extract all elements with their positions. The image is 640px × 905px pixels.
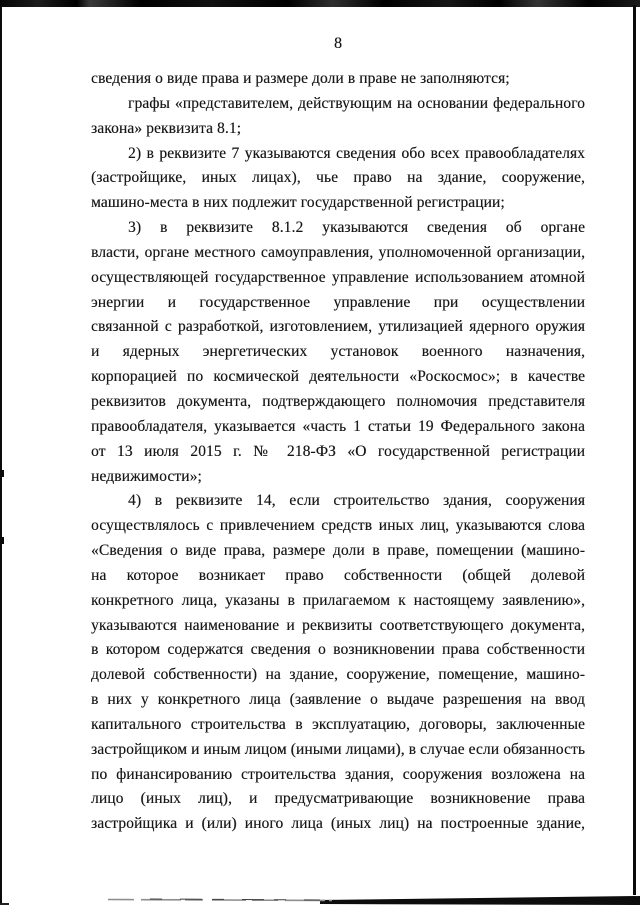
text-line: в них у конкретного лица (заявление о вы… (91, 688, 585, 713)
text-line: закона» реквизита 8.1; (91, 117, 585, 142)
text-line: недвижимости»; (91, 465, 585, 490)
scan-left-notch (2, 470, 4, 477)
text-line: застройщика и (или) иного лица (иных лиц… (91, 812, 585, 837)
text-line: сведения о виде права и размере доли в п… (91, 67, 585, 92)
text-line: застройщиком и иным лицом (иными лицами)… (91, 738, 585, 763)
text-line: корпорацией по космической деятельности … (91, 365, 585, 390)
page-number: 8 (91, 31, 585, 56)
text-line: графы «представителем, действующим на ос… (91, 92, 585, 117)
text-line: лицо (иных лиц), и предусматривающие воз… (91, 787, 585, 812)
document-text-body: сведения о виде права и размере доли в п… (91, 67, 585, 837)
text-line: от 13 июля 2015 г. № 218-ФЗ «О государст… (91, 440, 585, 465)
text-line: 4) в реквизите 14, если строительство зд… (91, 489, 585, 514)
text-line: связанной с разработкой, изготовлением, … (91, 315, 585, 340)
text-line: на которое возникает право собственности… (91, 564, 585, 589)
text-line: реквизитов документа, подтверждающего по… (91, 390, 585, 415)
scan-right-edge (633, 5, 636, 895)
text-line: 3) в реквизите 8.1.2 указываются сведени… (91, 216, 585, 241)
text-line: в котором содержатся сведения о возникно… (91, 638, 585, 663)
scan-top-edge (0, 0, 640, 7)
text-line: осуществляющей государственное управлени… (91, 266, 585, 291)
text-line: долевой собственности) на здание, сооруж… (91, 663, 585, 688)
text-line: осуществлялось с привлечением средств ин… (91, 514, 585, 539)
text-line: «Сведения о виде права, размере доли в п… (91, 539, 585, 564)
text-line: конкретного лица, указаны в прилагаемом … (91, 589, 585, 614)
text-line: и ядерных энергетических установок военн… (91, 340, 585, 365)
text-line: машино-места в них подлежит государствен… (91, 191, 585, 216)
text-line: капитального строительства в эксплуатаци… (91, 713, 585, 738)
scan-left-notch (2, 537, 4, 544)
scan-left-edge (0, 6, 2, 905)
text-line: энергии и государственное управление при… (91, 291, 585, 316)
scan-bottom-edge (0, 893, 640, 905)
text-line: правообладателя, указывается «часть 1 ст… (91, 415, 585, 440)
text-line: власти, органе местного самоуправления, … (91, 241, 585, 266)
text-line: (застройщике, иных лицах), чье право на … (91, 166, 585, 191)
text-line: по финансированию строительства здания, … (91, 763, 585, 788)
text-line: 2) в реквизите 7 указываются сведения об… (91, 142, 585, 167)
text-line: указываются наименование и реквизиты соо… (91, 614, 585, 639)
